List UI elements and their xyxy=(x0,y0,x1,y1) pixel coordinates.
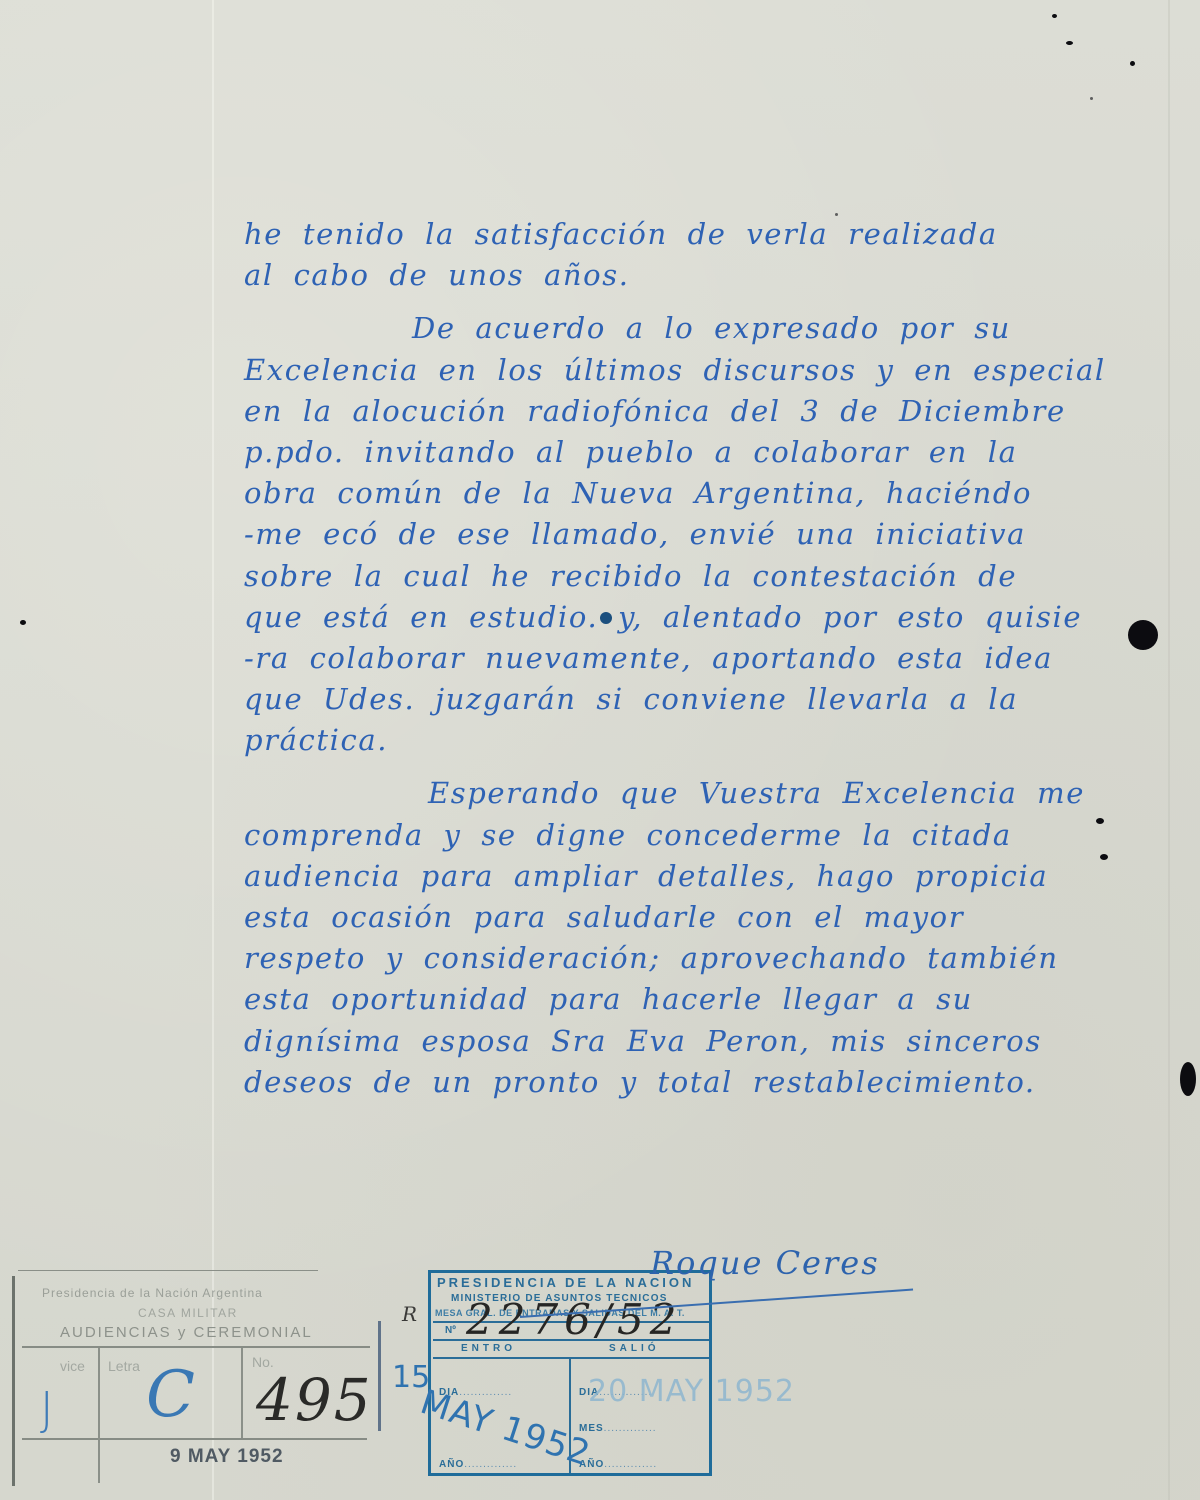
letter-line: comprenda y se digne concederme la citad… xyxy=(244,815,1194,856)
letter-line: Excelencia en los últimos discursos y en… xyxy=(244,350,1194,391)
letter-line: Esperando que Vuestra Excelencia me xyxy=(244,773,1194,814)
handwritten-letter: he tenido la satisfacción de verla reali… xyxy=(244,214,1194,1103)
registro-number: 2276/52 xyxy=(466,1295,682,1344)
document-page: he tenido la satisfacción de verla reali… xyxy=(0,0,1200,1500)
letra-label: Letra xyxy=(108,1358,140,1374)
ink-speck xyxy=(1090,97,1093,100)
entro-label: ENTRO xyxy=(461,1343,516,1354)
letter-line: al cabo de unos años. xyxy=(244,255,1194,296)
ink-speck xyxy=(1130,61,1135,66)
stamp-header: AUDIENCIAS y CEREMONIAL xyxy=(60,1324,313,1341)
letter-line: en la alocución radiofónica del 3 de Dic… xyxy=(244,391,1194,432)
entro-ano-field: AÑO.............. xyxy=(439,1459,517,1470)
letter-line: -me ecó de ese llamado, envié una inicia… xyxy=(244,514,1194,555)
stamp-divider xyxy=(98,1348,100,1483)
stamp-divider xyxy=(241,1348,243,1438)
ink-speck xyxy=(20,620,26,625)
ink-speck xyxy=(1052,14,1057,18)
letra-value: C xyxy=(146,1358,195,1432)
registro-prefix: R xyxy=(402,1302,417,1326)
stamp-divider xyxy=(22,1346,370,1348)
letter-line: que está en estudio. y, alentado por est… xyxy=(244,597,1194,638)
stamp-divider xyxy=(22,1438,367,1440)
letter-line: dignísima esposa Sra Eva Peron, mis sinc… xyxy=(244,1021,1194,1062)
letter-line: que Udes. juzgarán si conviene llevarla … xyxy=(244,679,1194,720)
letter-line: esta oportunidad para hacerle llegar a s… xyxy=(244,979,1194,1020)
letter-line: -ra colaborar nuevamente, aportando esta… xyxy=(244,638,1194,679)
salio-mes-field: MES.............. xyxy=(579,1423,657,1434)
letter-line: sobre la cual he recibido la contestació… xyxy=(244,556,1194,597)
letter-line: respeto y consideración; aprovechando ta… xyxy=(244,938,1194,979)
stamp-border xyxy=(378,1321,381,1431)
signature: Roque Ceres xyxy=(650,1244,880,1282)
stamp-header: Presidencia de la Nación Argentina xyxy=(42,1286,263,1300)
number-value: 495 xyxy=(256,1366,373,1434)
stamp-border xyxy=(12,1276,15,1486)
letter-line: esta ocasión para saludarle con el mayor xyxy=(244,897,1194,938)
stamp-date: 9 MAY 1952 xyxy=(170,1446,284,1468)
letter-line: audiencia para ampliar detalles, hago pr… xyxy=(244,856,1194,897)
stamp-header: CASA MILITAR xyxy=(138,1306,238,1320)
vice-label: vice xyxy=(60,1358,85,1374)
letter-line: p.pdo. invitando al pueblo a colaborar e… xyxy=(244,432,1194,473)
salio-label: SALIÓ xyxy=(609,1343,660,1354)
stamp-border xyxy=(18,1270,318,1271)
letter-line: obra común de la Nueva Argentina, hacién… xyxy=(244,473,1194,514)
stamp-divider xyxy=(433,1357,709,1359)
number-label: Nº xyxy=(445,1325,456,1336)
vice-value: J xyxy=(40,1382,54,1436)
audiencias-stamp: Presidencia de la Nación Argentina CASA … xyxy=(10,1266,380,1486)
ink-speck xyxy=(1066,41,1073,45)
letter-line: he tenido la satisfacción de verla reali… xyxy=(244,214,1194,255)
letter-line: práctica. xyxy=(244,720,1194,761)
letter-line: deseos de un pronto y total restablecimi… xyxy=(244,1062,1194,1103)
exit-date-stamp: 20 MAY 1952 xyxy=(588,1374,795,1409)
salio-ano-field: AÑO.............. xyxy=(579,1459,657,1470)
letter-line: De acuerdo a lo expresado por su xyxy=(244,308,1194,349)
